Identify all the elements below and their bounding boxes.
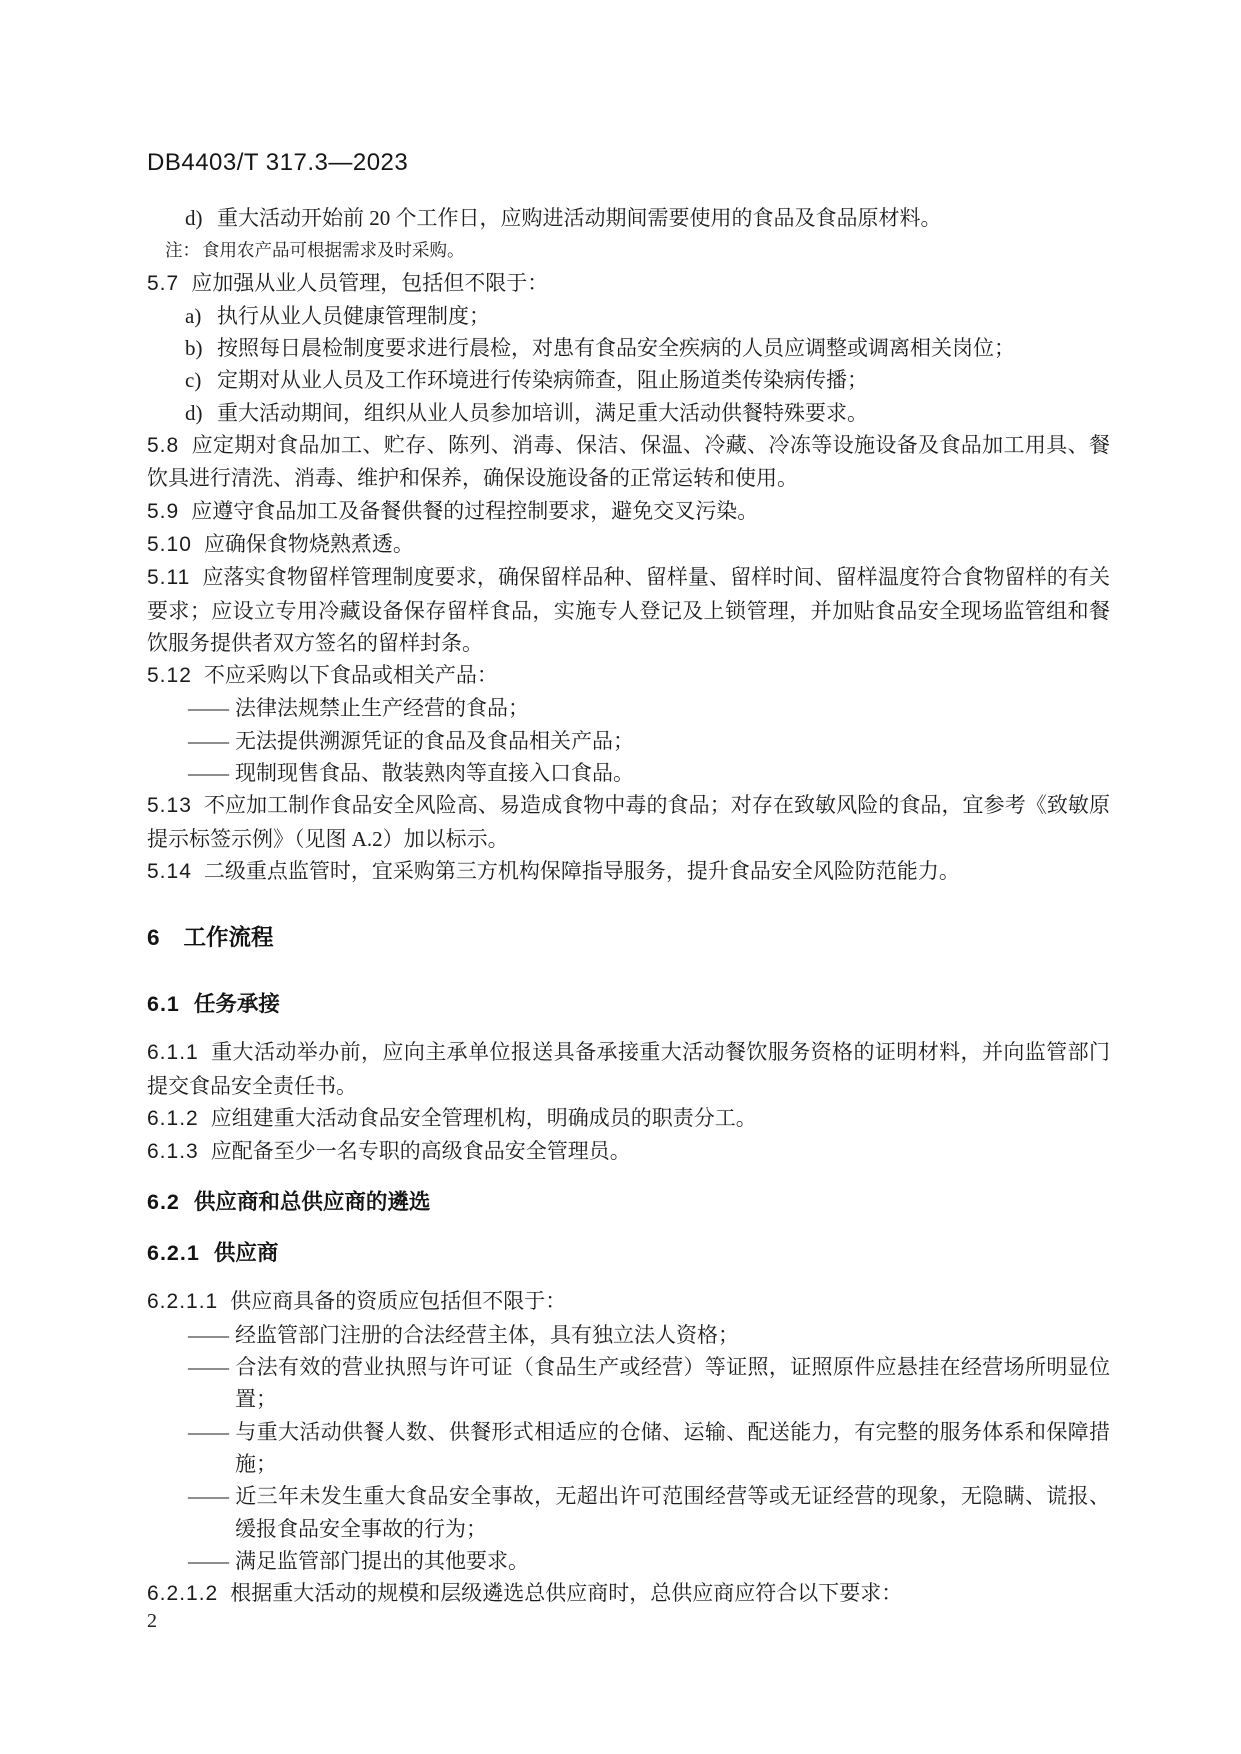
dash-text: 现制现售食品、散装熟肉等直接入口食品。 [235, 761, 634, 785]
clause-5-13: 5.13不应加工制作食品安全风险高、易造成食物中毒的食品；对存在致敏风险的食品，… [147, 789, 1110, 855]
list-text: 按照每日晨检制度要求进行晨检，对患有食品安全疾病的人员应调整或调离相关岗位； [217, 336, 1015, 360]
dash-marker: —— [188, 725, 235, 757]
clause-text: 应落实食物留样管理制度要求，确保留样品种、留样量、留样时间、留样温度符合食物留样… [147, 565, 1110, 655]
dash-item: ——满足监管部门提出的其他要求。 [147, 1545, 1110, 1577]
clause-number: 5.12 [147, 664, 192, 687]
dash-marker: —— [188, 757, 235, 789]
list-item-a: a)执行从业人员健康管理制度； [147, 300, 1110, 332]
clause-5-14: 5.14二级重点监管时，宜采购第三方机构保障指导服务，提升食品安全风险防范能力。 [147, 855, 1110, 888]
dash-text: 法律法规禁止生产经营的食品； [235, 696, 529, 720]
clause-text: 不应加工制作食品安全风险高、易造成食物中毒的食品；对存在致敏风险的食品，宜参考《… [147, 793, 1110, 850]
clause-number: 5.8 [147, 434, 179, 457]
dash-marker: —— [188, 1351, 235, 1383]
list-text: 定期对从业人员及工作环境进行传染病筛查，阻止肠道类传染病传播； [217, 368, 868, 392]
clause-number: 5.10 [147, 533, 192, 556]
clause-text: 应定期对食品加工、贮存、陈列、消毒、保洁、保温、冷藏、冷冻等设施设备及食品加工用… [147, 433, 1110, 490]
list-item-b: b)按照每日晨检制度要求进行晨检，对患有食品安全疾病的人员应调整或调离相关岗位； [147, 332, 1110, 364]
clause-5-7: 5.7应加强从业人员管理，包括但不限于： [147, 267, 1110, 300]
subsection-heading-6-2: 6.2供应商和总供应商的遴选 [147, 1186, 1110, 1219]
dash-text: 经监管部门注册的合法经营主体，具有独立法人资格； [235, 1323, 739, 1347]
clause-number: 6.2.1.1 [147, 1290, 218, 1313]
dash-item: ——与重大活动供餐人数、供餐形式相适应的仓储、运输、配送能力，有完整的服务体系和… [147, 1416, 1110, 1481]
dash-marker: —— [188, 1319, 235, 1351]
section-number: 6.2.1 [147, 1241, 200, 1265]
clause-text: 根据重大活动的规模和层级遴选总供应商时，总供应商应符合以下要求： [230, 1581, 902, 1605]
section-number: 6 [147, 925, 161, 950]
clause-text: 应确保食物烧熟煮透。 [204, 532, 414, 556]
section-title: 工作流程 [184, 925, 274, 950]
dash-item: ——现制现售食品、散装熟肉等直接入口食品。 [147, 757, 1110, 789]
clause-number: 5.14 [147, 860, 192, 883]
list-item-d: d)重大活动开始前 20 个工作日，应购进活动期间需要使用的食品及食品原材料。 [147, 202, 1110, 234]
section-title: 供应商和总供应商的遴选 [194, 1190, 431, 1214]
clause-6-2-1-2: 6.2.1.2根据重大活动的规模和层级遴选总供应商时，总供应商应符合以下要求： [147, 1577, 1110, 1610]
dash-marker: —— [188, 1545, 235, 1577]
clause-number: 5.11 [147, 566, 190, 589]
clause-text: 应加强从业人员管理，包括但不限于： [191, 271, 548, 295]
list-marker: d) [185, 397, 217, 429]
clause-text: 应组建重大活动食品安全管理机构，明确成员的职责分工。 [211, 1106, 757, 1130]
page-number: 2 [147, 1610, 157, 1633]
clause-6-1-1: 6.1.1重大活动举办前，应向主承单位报送具备承接重大活动餐饮服务资格的证明材料… [147, 1036, 1110, 1102]
list-marker: a) [185, 300, 217, 332]
dash-marker: —— [188, 1480, 235, 1512]
dash-marker: —— [188, 1416, 235, 1448]
dash-text: 与重大活动供餐人数、供餐形式相适应的仓储、运输、配送能力，有完整的服务体系和保障… [235, 1420, 1110, 1476]
clause-number: 6.2.1.2 [147, 1582, 218, 1605]
clause-5-11: 5.11应落实食物留样管理制度要求，确保留样品种、留样量、留样时间、留样温度符合… [147, 561, 1110, 659]
clause-text: 不应采购以下食品或相关产品： [204, 663, 498, 687]
section-heading-6: 6工作流程 [147, 921, 1110, 954]
document-body: d)重大活动开始前 20 个工作日，应购进活动期间需要使用的食品及食品原材料。 … [147, 202, 1110, 1610]
clause-text: 供应商具备的资质应包括但不限于： [230, 1289, 566, 1313]
list-marker: b) [185, 332, 217, 364]
clause-5-12: 5.12不应采购以下食品或相关产品： [147, 659, 1110, 692]
clause-6-1-3: 6.1.3应配备至少一名专职的高级食品安全管理员。 [147, 1135, 1110, 1168]
document-page: { "page": { "header": "DB4403/T 317.3—20… [0, 0, 1241, 1754]
dash-item: ——无法提供溯源凭证的食品及食品相关产品； [147, 725, 1110, 757]
clause-text: 应遵守食品加工及备餐供餐的过程控制要求，避免交叉污染。 [191, 499, 758, 523]
dash-text: 近三年未发生重大食品安全事故，无超出许可范围经营等或无证经营的现象，无隐瞒、谎报… [235, 1484, 1110, 1540]
clause-text: 应配备至少一名专职的高级食品安全管理员。 [211, 1139, 631, 1163]
list-text: 重大活动开始前 20 个工作日，应购进活动期间需要使用的食品及食品原材料。 [217, 206, 942, 230]
list-item-d2: d)重大活动期间，组织从业人员参加培训，满足重大活动供餐特殊要求。 [147, 397, 1110, 429]
section-number: 6.2 [147, 1190, 180, 1214]
clause-5-9: 5.9应遵守食品加工及备餐供餐的过程控制要求，避免交叉污染。 [147, 495, 1110, 528]
clause-number: 6.1.3 [147, 1140, 199, 1163]
dash-text: 合法有效的营业执照与许可证（食品生产或经营）等证照，证照原件应悬挂在经营场所明显… [235, 1355, 1110, 1411]
clause-5-10: 5.10应确保食物烧熟煮透。 [147, 528, 1110, 561]
clause-text: 重大活动举办前，应向主承单位报送具备承接重大活动餐饮服务资格的证明材料，并向监管… [147, 1040, 1110, 1097]
dash-item: ——法律法规禁止生产经营的食品； [147, 692, 1110, 724]
note: 注：食用农产品可根据需求及时采购。 [147, 234, 1110, 266]
clause-text: 二级重点监管时，宜采购第三方机构保障指导服务，提升食品安全风险防范能力。 [204, 859, 960, 883]
list-marker: d) [185, 202, 217, 234]
dash-item: ——经监管部门注册的合法经营主体，具有独立法人资格； [147, 1319, 1110, 1351]
subsection-heading-6-1: 6.1任务承接 [147, 988, 1110, 1021]
note-text: 食用农产品可根据需求及时采购。 [202, 240, 465, 260]
clause-number: 5.13 [147, 794, 192, 817]
section-title: 供应商 [214, 1241, 279, 1265]
dash-text: 无法提供溯源凭证的食品及食品相关产品； [235, 729, 634, 753]
clause-number: 5.9 [147, 500, 179, 523]
dash-marker: —— [188, 692, 235, 724]
clause-number: 5.7 [147, 272, 179, 295]
standard-number-header: DB4403/T 317.3—2023 [147, 149, 408, 177]
section-title: 任务承接 [194, 992, 280, 1016]
list-item-c: c)定期对从业人员及工作环境进行传染病筛查，阻止肠道类传染病传播； [147, 364, 1110, 396]
dash-item: ——近三年未发生重大食品安全事故，无超出许可范围经营等或无证经营的现象，无隐瞒、… [147, 1480, 1110, 1545]
note-label: 注： [165, 240, 200, 260]
subsection-heading-6-2-1: 6.2.1供应商 [147, 1237, 1110, 1270]
clause-number: 6.1.1 [147, 1041, 199, 1064]
clause-6-2-1-1: 6.2.1.1供应商具备的资质应包括但不限于： [147, 1285, 1110, 1318]
list-marker: c) [185, 364, 217, 396]
clause-6-1-2: 6.1.2应组建重大活动食品安全管理机构，明确成员的职责分工。 [147, 1102, 1110, 1135]
clause-number: 6.1.2 [147, 1107, 199, 1130]
dash-item: ——合法有效的营业执照与许可证（食品生产或经营）等证照，证照原件应悬挂在经营场所… [147, 1351, 1110, 1416]
dash-text: 满足监管部门提出的其他要求。 [235, 1549, 529, 1573]
section-number: 6.1 [147, 992, 180, 1016]
list-text: 重大活动期间，组织从业人员参加培训，满足重大活动供餐特殊要求。 [217, 401, 868, 425]
list-text: 执行从业人员健康管理制度； [217, 304, 490, 328]
clause-5-8: 5.8应定期对食品加工、贮存、陈列、消毒、保洁、保温、冷藏、冷冻等设施设备及食品… [147, 429, 1110, 495]
